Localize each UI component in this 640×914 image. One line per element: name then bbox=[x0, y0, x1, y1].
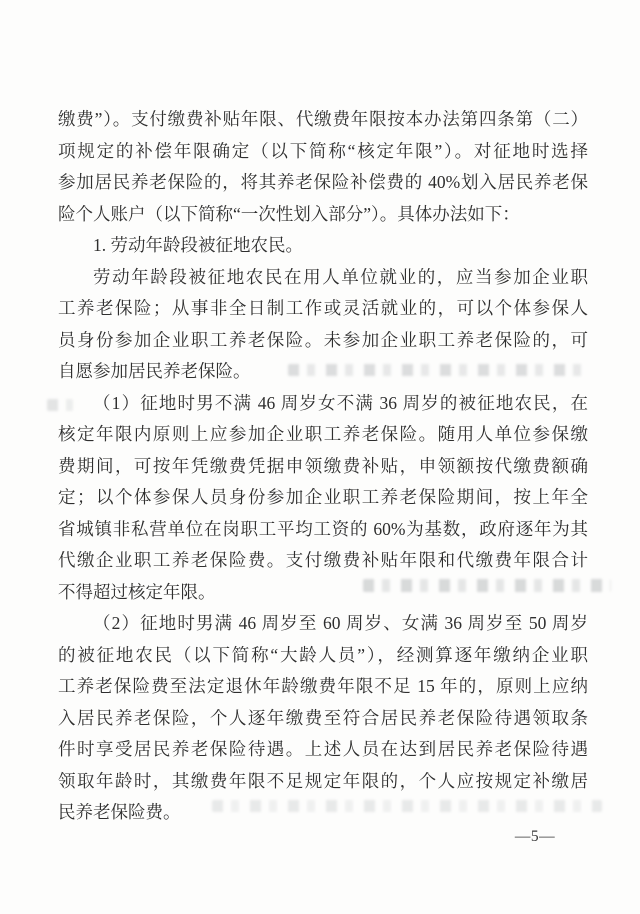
text-line: 件时享受居民养老保险待遇。上述人员在达到居民养老保险待遇 bbox=[58, 734, 588, 766]
text-line: 项规定的补偿年限确定（以下简称“核定年限”）。对征地时选择 bbox=[58, 136, 588, 168]
text-line: 领取年龄时，其缴费年限不足规定年限的，个人应按规定补缴居 bbox=[58, 766, 588, 798]
text-line: 定；以个体参保人员身份参加企业职工养老保险期间，按上年全 bbox=[58, 482, 588, 514]
text-line: （2）征地时男满 46 周岁至 60 周岁、女满 36 周岁至 50 周岁 bbox=[58, 608, 588, 640]
text-line: 险个人账户（以下简称“一次性划入部分”）。具体办法如下： bbox=[58, 199, 588, 231]
ink-bleed-smudge bbox=[363, 579, 611, 592]
text-line: 入居民养老保险，个人逐年缴费至符合居民养老保险待遇领取条 bbox=[58, 703, 588, 735]
text-line: 工养老保险；从事非全日制工作或灵活就业的，可以个体参保人 bbox=[58, 293, 588, 325]
text-line: 省城镇非私营单位在岗职工平均工资的 60%为基数，政府逐年为其 bbox=[58, 514, 588, 546]
text-line: 核定年限内原则上应参加企业职工养老保险。随用人单位参保缴 bbox=[58, 419, 588, 451]
text-line: 参加居民养老保险的，将其养老保险补偿费的 40%划入居民养老保 bbox=[58, 167, 588, 199]
text-line: 的被征地农民（以下简称“大龄人员”），经测算逐年缴纳企业职 bbox=[58, 640, 588, 672]
scanned-document-page: 缴费”）。支付缴费补贴年限、代缴费年限按本办法第四条第（二）项规定的补偿年限确定… bbox=[0, 0, 640, 914]
text-line: 缴费”）。支付缴费补贴年限、代缴费年限按本办法第四条第（二） bbox=[58, 104, 588, 136]
text-line: 劳动年龄段被征地农民在用人单位就业的，应当参加企业职 bbox=[58, 262, 588, 294]
text-line: 工养老保险费至法定退休年龄缴费年限不足 15 年的，原则上应纳 bbox=[58, 671, 588, 703]
text-line: 员身份参加企业职工养老保险。未参加企业职工养老保险的，可 bbox=[58, 325, 588, 357]
ink-bleed-smudge bbox=[47, 399, 73, 411]
ink-bleed-smudge bbox=[288, 364, 588, 376]
ink-bleed-smudge bbox=[212, 800, 602, 812]
page-number: —5— bbox=[502, 828, 568, 846]
text-line: （1）征地时男不满 46 周岁女不满 36 周岁的被征地农民，在 bbox=[58, 388, 588, 420]
text-line: 1. 劳动年龄段被征地农民。 bbox=[58, 230, 588, 262]
document-text-block: 缴费”）。支付缴费补贴年限、代缴费年限按本办法第四条第（二）项规定的补偿年限确定… bbox=[58, 104, 588, 829]
text-line: 费期间，可按年凭缴费凭据申领缴费补贴，申领额按代缴费额确 bbox=[58, 451, 588, 483]
text-line: 代缴企业职工养老保险费。支付缴费补贴年限和代缴费年限合计 bbox=[58, 545, 588, 577]
